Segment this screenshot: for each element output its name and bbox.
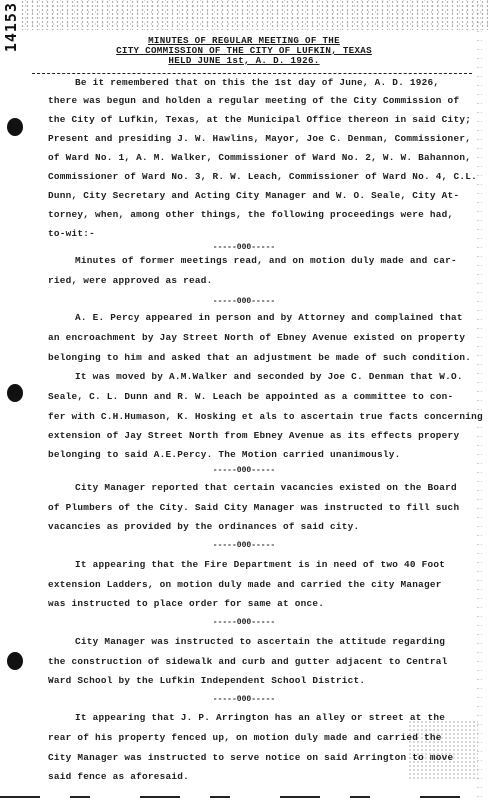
header-line-3: HELD JUNE 1st, A. D. 1926.	[0, 56, 488, 65]
body-line: City Manager was instructed to serve not…	[48, 753, 453, 763]
body-line: Present and presiding J. W. Hawlins, May…	[48, 134, 471, 144]
body-line: City Manager was instructed to ascertain…	[75, 637, 445, 647]
header-line-1: MINUTES OF REGULAR MEETING OF THE	[0, 36, 488, 45]
scan-noise-bottom-right	[408, 720, 478, 780]
punch-hole-icon	[7, 652, 23, 670]
body-line: It appearing that the Fire Department is…	[75, 560, 445, 570]
body-line: belonging to him and asked that an adjus…	[48, 353, 471, 363]
body-line: Commissioner of Ward No. 3, R. W. Leach,…	[48, 172, 477, 182]
body-line: ried, were approved as read.	[48, 276, 213, 286]
body-line: Dunn, City Secretary and Acting City Man…	[48, 191, 459, 201]
body-line: Be it remembered that on this the 1st da…	[75, 78, 439, 88]
body-line: rear of his property fenced up, on motio…	[48, 733, 442, 743]
body-line: Minutes of former meetings read, and on …	[75, 256, 457, 266]
punch-hole-icon	[7, 384, 23, 402]
body-line: of Ward No. 1, A. M. Walker, Commissione…	[48, 153, 471, 163]
body-line: Seale, C. L. Dunn and R. W. Leach be app…	[48, 392, 453, 402]
body-line: of Plumbers of the City. Said City Manag…	[48, 503, 459, 513]
section-separator: -----000-----	[0, 466, 488, 475]
body-line: torney, when, among other things, the fo…	[48, 210, 453, 220]
section-separator: -----000-----	[0, 243, 488, 252]
body-line: It appearing that J. P. Arrington has an…	[75, 713, 445, 723]
body-line: to-wit:-	[48, 229, 95, 239]
scan-noise-top	[20, 0, 488, 30]
body-line: an encroachment by Jay Street North of E…	[48, 333, 465, 343]
body-line: City Manager reported that certain vacan…	[75, 483, 457, 493]
body-line: A. E. Percy appeared in person and by At…	[75, 313, 463, 323]
punch-hole-icon	[7, 118, 23, 136]
scan-noise-right-edge	[476, 0, 482, 800]
bottom-edge-rule	[0, 796, 488, 798]
section-separator: -----000-----	[0, 297, 488, 306]
body-line: said fence as aforesaid.	[48, 772, 189, 782]
body-line: fer with C.H.Humason, K. Hosking et als …	[48, 412, 483, 422]
body-line: Ward School by the Lufkin Independent Sc…	[48, 676, 365, 686]
section-separator: -----000-----	[0, 618, 488, 627]
body-line: extension Ladders, on motion duly made a…	[48, 580, 442, 590]
header-line-2: CITY COMMISSION OF THE CITY OF LUFKIN, T…	[0, 46, 488, 55]
header-dashed-rule	[32, 73, 472, 75]
body-line: there was begun and holden a regular mee…	[48, 96, 459, 106]
body-line: extension of Jay Street North from Ebney…	[48, 431, 459, 441]
body-line: the construction of sidewalk and curb an…	[48, 657, 448, 667]
section-separator: -----000-----	[0, 541, 488, 550]
section-separator: -----000-----	[0, 695, 488, 704]
body-line: It was moved by A.M.Walker and seconded …	[75, 372, 463, 382]
body-line: belonging to said A.E.Percy. The Motion …	[48, 450, 401, 460]
body-line: vacancies as provided by the ordinances …	[48, 522, 359, 532]
scanned-document-page: 14153 MINUTES OF REGULAR MEETING OF THE …	[0, 0, 488, 800]
body-line: the City of Lufkin, Texas, at the Munici…	[48, 115, 471, 125]
body-line: was instructed to place order for same a…	[48, 599, 324, 609]
